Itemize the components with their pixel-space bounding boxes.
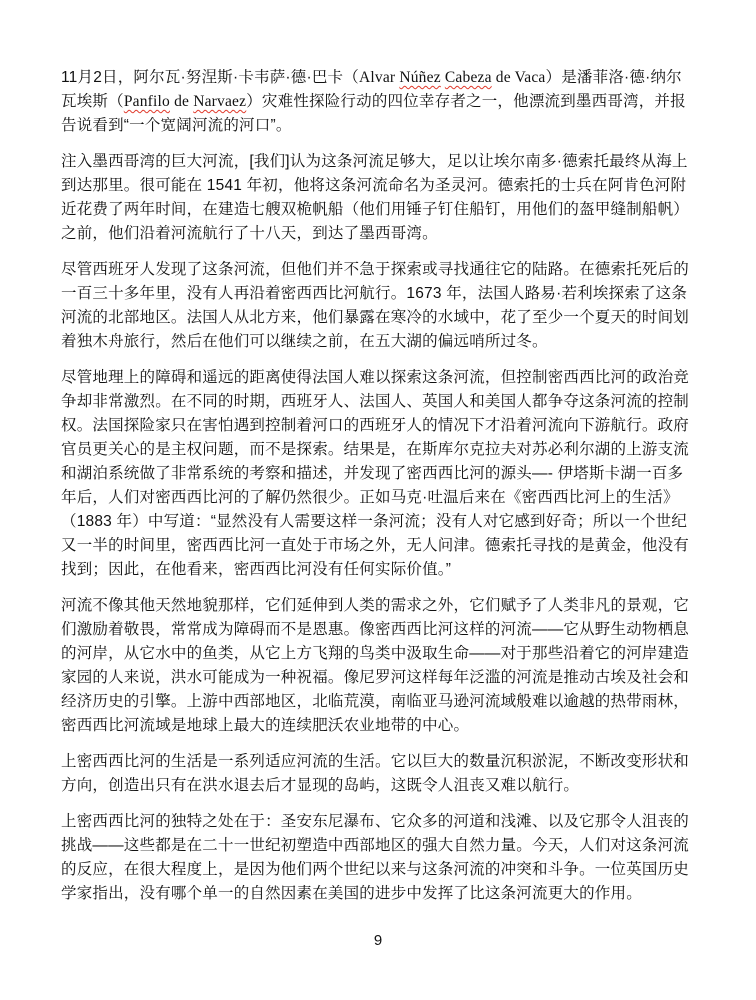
latin-name: de <box>170 93 193 110</box>
latin-name: de Vaca <box>492 69 546 86</box>
misspelled-word: Cabeza <box>445 69 492 86</box>
misspelled-word: Núñez <box>399 69 440 86</box>
paragraph-text: 11月2日，阿尔瓦·努涅斯·卡韦萨·德·巴卡（ <box>61 69 359 86</box>
paragraph-french-exploration: 尽管西班牙人发现了这条河流，但他们并不急于探索或寻找通往它的陆路。在德索托死后的… <box>61 258 697 354</box>
document-page: 11月2日，阿尔瓦·努涅斯·卡韦萨·德·巴卡（Alvar Núñez Cabez… <box>0 0 756 1000</box>
latin-name: Alvar <box>359 69 399 86</box>
paragraph-political-rivalry: 尽管地理上的障碍和遥远的距离使得法国人难以探索这条河流，但控制密西西比河的政治竞… <box>61 366 697 582</box>
paragraph-upper-mississippi-life: 上密西西比河的生活是一系列适应河流的生活。它以巨大的数量沉积淤泥，不断改变形状和… <box>61 750 697 798</box>
misspelled-word: Panfilo <box>124 93 170 110</box>
paragraph-unique-features: 上密西西比河的独特之处在于：圣安东尼瀑布、它众多的河道和浅滩、以及它那令人沮丧的… <box>61 810 697 906</box>
paragraph-desoto-naming: 注入墨西哥湾的巨大河流，[我们]认为这条河流足够大，足以让埃尔南多·德索托最终从… <box>61 150 697 246</box>
paragraph-intro: 11月2日，阿尔瓦·努涅斯·卡韦萨·德·巴卡（Alvar Núñez Cabez… <box>61 66 697 138</box>
misspelled-word: Narvaez <box>193 93 246 110</box>
page-number: 9 <box>0 932 756 949</box>
paragraph-river-landscape: 河流不像其他天然地貌那样，它们延伸到人类的需求之外，它们赋予了人类非凡的景观，它… <box>61 594 697 738</box>
document-body: 11月2日，阿尔瓦·努涅斯·卡韦萨·德·巴卡（Alvar Núñez Cabez… <box>61 66 697 918</box>
